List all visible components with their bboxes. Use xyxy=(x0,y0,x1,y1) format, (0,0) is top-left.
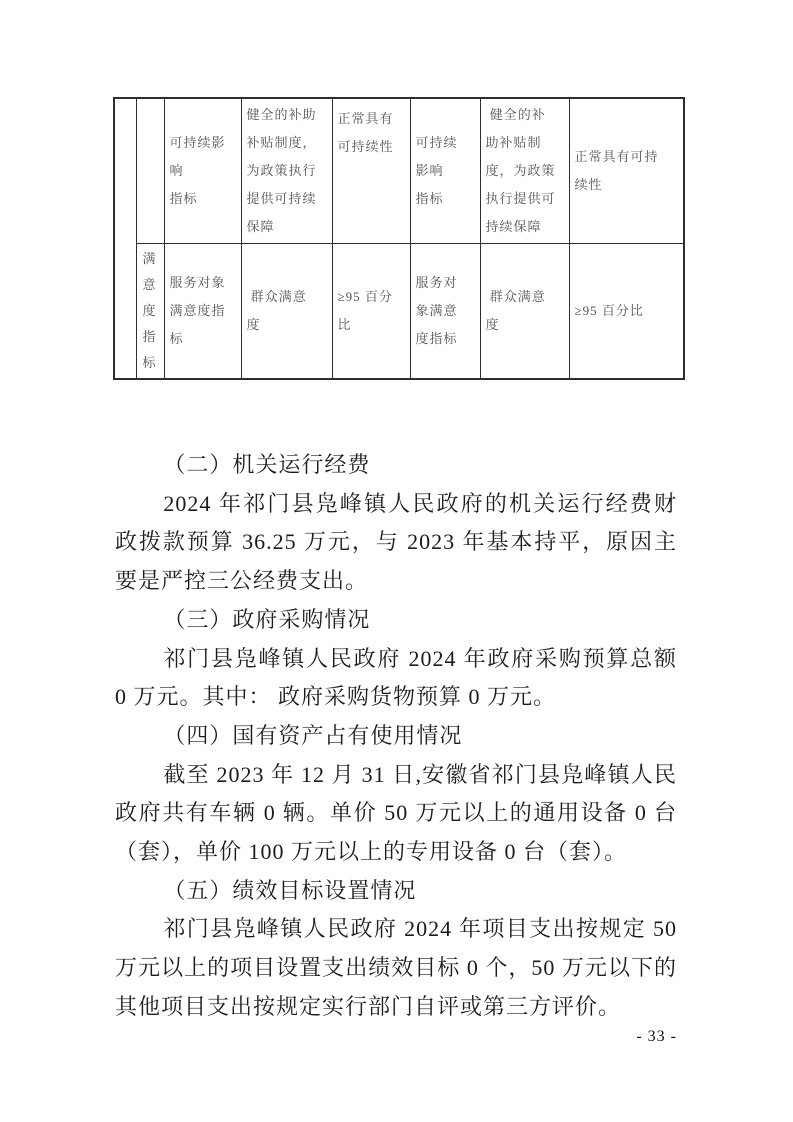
table-cell-left-spanner xyxy=(114,98,136,379)
table-cell-satisfaction-name-1: 服务对象 满意度指 标 xyxy=(164,244,241,380)
table-cell-category-empty xyxy=(136,98,164,244)
table-cell-satisfaction-category: 满 意 度 指 标 xyxy=(136,244,164,380)
table-cell-satisfaction-value-2: ≥95 百分比 xyxy=(569,244,684,380)
table-cell-indicator-detail-1: 健全的补助 补贴制度， 为政策执行 提供可持续 保障 xyxy=(241,98,332,244)
section-heading-operating-funds: （二）机关运行经费 xyxy=(115,446,677,485)
performance-indicators-table: 可持续影 响 指标 健全的补助 补贴制度， 为政策执行 提供可持续 保障 正常具… xyxy=(113,97,685,380)
table-cell-indicator-value-1: 正常具有 可持续性 xyxy=(332,98,410,244)
table-cell-indicator-name-1: 可持续影 响 指标 xyxy=(164,98,241,244)
section-heading-performance-goals: （五）绩效目标设置情况 xyxy=(115,872,677,911)
section-heading-state-assets: （四）国有资产占有使用情况 xyxy=(115,717,677,756)
table-cell-satisfaction-name-2: 服务对 象满意 度指标 xyxy=(410,244,480,380)
table-cell-indicator-detail-2: 健全的补 助补贴制 度，为政策 执行提供可 持续保障 xyxy=(480,98,569,244)
table-cell-satisfaction-detail-2: 群众满意 度 xyxy=(480,244,569,380)
table-row-satisfaction: 满 意 度 指 标 服务对象 满意度指 标 群众满意 度 ≥95 百分 比 服务… xyxy=(114,244,684,380)
table-cell-indicator-name-2: 可持续 影响 指标 xyxy=(410,98,480,244)
document-body: （二）机关运行经费 2024 年祁门县凫峰镇人民政府的机关运行经费财政拨款预算 … xyxy=(115,446,677,1027)
document-page: 可持续影 响 指标 健全的补助 补贴制度， 为政策执行 提供可持续 保障 正常具… xyxy=(0,0,793,1122)
table-row-sustainability: 可持续影 响 指标 健全的补助 补贴制度， 为政策执行 提供可持续 保障 正常具… xyxy=(114,98,684,244)
table-cell-satisfaction-detail-1: 群众满意 度 xyxy=(241,244,332,380)
table-cell-indicator-value-2: 正常具有可持 续性 xyxy=(569,98,684,244)
section-paragraph-performance-goals: 祁门县凫峰镇人民政府 2024 年项目支出按规定 50 万元以上的项目设置支出绩… xyxy=(115,910,677,1026)
section-heading-procurement: （三）政府采购情况 xyxy=(115,601,677,640)
section-paragraph-state-assets: 截至 2023 年 12 月 31 日,安徽省祁门县凫峰镇人民政府共有车辆 0 … xyxy=(115,756,677,872)
section-paragraph-operating-funds: 2024 年祁门县凫峰镇人民政府的机关运行经费财政拨款预算 36.25 万元，与… xyxy=(115,485,677,601)
table-cell-satisfaction-value-1: ≥95 百分 比 xyxy=(332,244,410,380)
page-number: - 33 - xyxy=(115,1028,677,1046)
section-paragraph-procurement: 祁门县凫峰镇人民政府 2024 年政府采购预算总额 0 万元。其中： 政府采购货… xyxy=(115,640,677,717)
